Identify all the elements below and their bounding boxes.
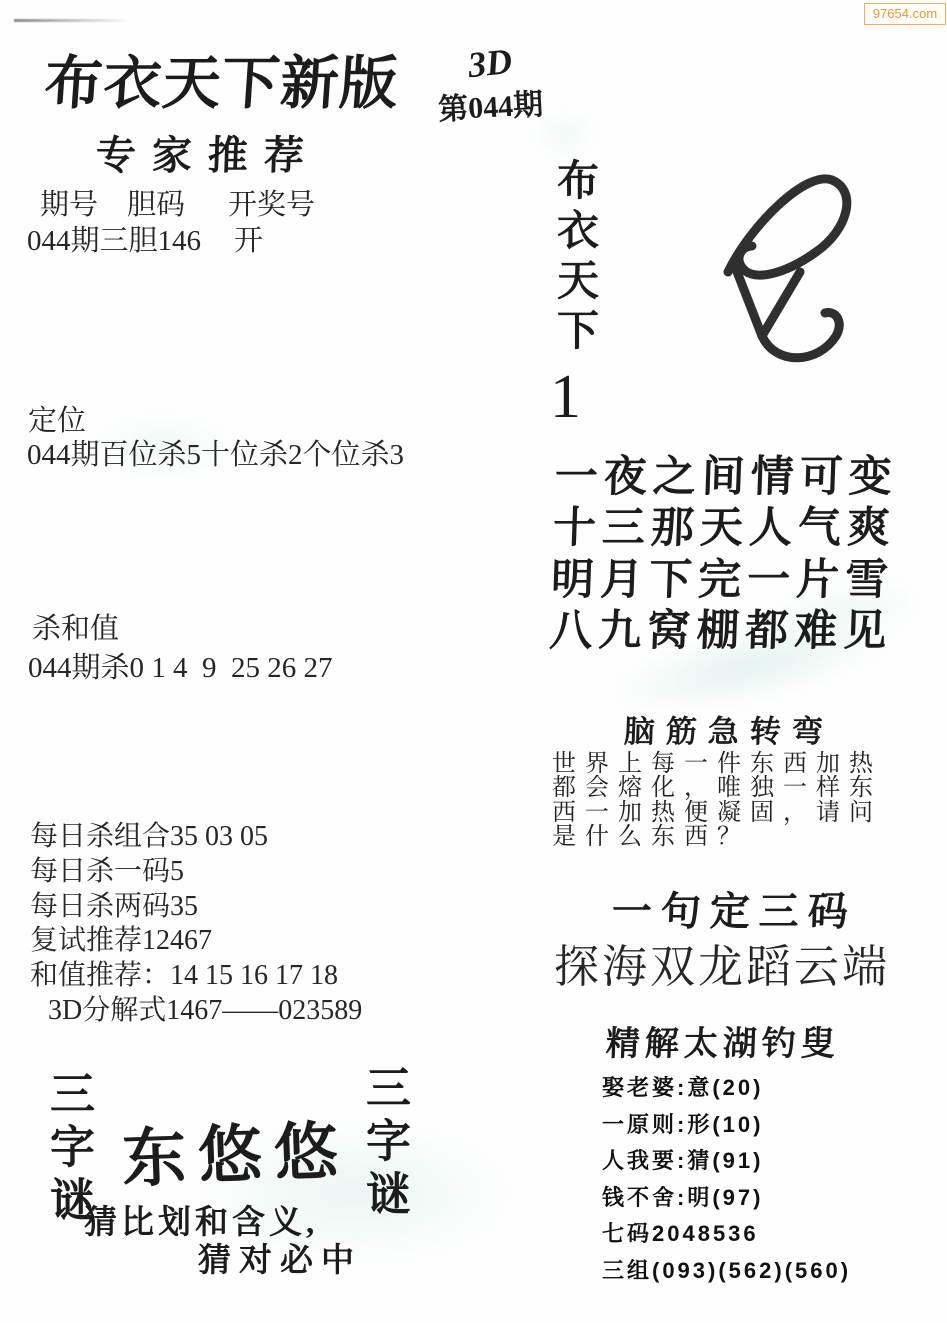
taihu-item: 三组(093)(562)(560)	[602, 1253, 851, 1290]
scribble-drawing	[698, 160, 893, 380]
riddle-hint-line2: 猜对必中	[198, 1234, 362, 1281]
expert-heading: 专家推荐	[95, 124, 321, 181]
expert-table-row: 044期三胆146 开	[0, 218, 420, 250]
daily-line: 每日杀一码5	[30, 855, 362, 890]
ink-smear	[14, 19, 132, 22]
col-header-danma: 胆码	[127, 182, 185, 223]
taihu-item: 钱不舍:明(97)	[602, 1180, 851, 1217]
poem-block: 一夜之间情可变 十三那天人气爽 明月下完一片雪 八九窝棚都难见	[548, 452, 898, 657]
daily-kill-block: 每日杀组合35 03 05 每日杀一码5 每日杀两码35 复试推荐12467 和…	[30, 820, 362, 1029]
poem-line: 八九窝棚都难见	[548, 606, 893, 657]
daily-line: 3D分解式1467——023589	[30, 994, 362, 1029]
poem-line: 十三那天人气爽	[552, 503, 897, 554]
taihu-heading: 精解太湖钓叟	[605, 1016, 841, 1065]
brainteaser-heading: 脑筋急转弯	[623, 706, 835, 751]
expert-row-draw: 开	[234, 218, 263, 259]
taihu-item: 一原则:形(10)	[602, 1107, 851, 1144]
brainteaser-line: 都会熔化，唯独一样东	[552, 776, 882, 800]
game-type-label: 3D	[466, 40, 514, 86]
poem-line: 一夜之间情可变	[554, 452, 899, 503]
daily-line: 复试推荐12467	[30, 924, 362, 959]
masthead-title: 布衣天下新版	[42, 36, 402, 120]
lottery-sheet-page: 97654.com 布衣天下新版 3D 第044期 专家推荐 期号 胆码 开奖号…	[0, 0, 947, 1323]
brainteaser-text: 世界上每一件东西加热 都会熔化，唯独一样东 西一加热便凝固，请问 是什么东西？	[552, 752, 882, 849]
taihu-item: 七码2048536	[602, 1216, 851, 1253]
col-header-period: 期号	[40, 182, 98, 223]
taihu-item: 娶老婆:意(20)	[602, 1070, 851, 1107]
taihu-item: 人我要:猜(91)	[602, 1143, 851, 1180]
expert-table-header: 期号 胆码 开奖号	[0, 182, 420, 214]
riddle-side-label-right: 三字谜	[352, 1064, 417, 1223]
daily-line: 和值推荐：14 15 16 17 18	[30, 959, 362, 994]
taihu-list: 娶老婆:意(20) 一原则:形(10) 人我要:猜(91) 钱不舍:明(97) …	[602, 1070, 851, 1290]
daily-line: 每日杀组合35 03 05	[30, 820, 362, 855]
brainteaser-line: 是什么东西？	[552, 825, 882, 849]
vertical-brand-title: 布衣天下	[544, 158, 604, 358]
one-sentence-heading: 一句定三码	[611, 880, 858, 937]
daily-line: 每日杀两码35	[30, 890, 362, 925]
brainteaser-line: 世界上每一件东西加热	[552, 752, 882, 776]
big-number: 1	[550, 362, 581, 433]
riddle-answer: 东悠悠	[120, 1100, 351, 1200]
shahezhi-line: 044期杀0 1 4 9 25 26 27	[28, 645, 333, 686]
dingwei-line: 044期百位杀5十位杀2个位杀3	[27, 432, 404, 473]
site-watermark-badge[interactable]: 97654.com	[864, 3, 946, 25]
shahezhi-label: 杀和值	[32, 606, 119, 647]
expert-row-period: 044期三胆146	[27, 218, 201, 259]
issue-number: 第044期	[437, 79, 544, 128]
col-header-draw: 开奖号	[228, 182, 315, 223]
one-sentence-line: 探海双龙蹈云端	[554, 930, 890, 995]
poem-line: 明月下完一片雪	[550, 555, 895, 606]
brainteaser-line: 西一加热便凝固，请问	[552, 801, 882, 825]
